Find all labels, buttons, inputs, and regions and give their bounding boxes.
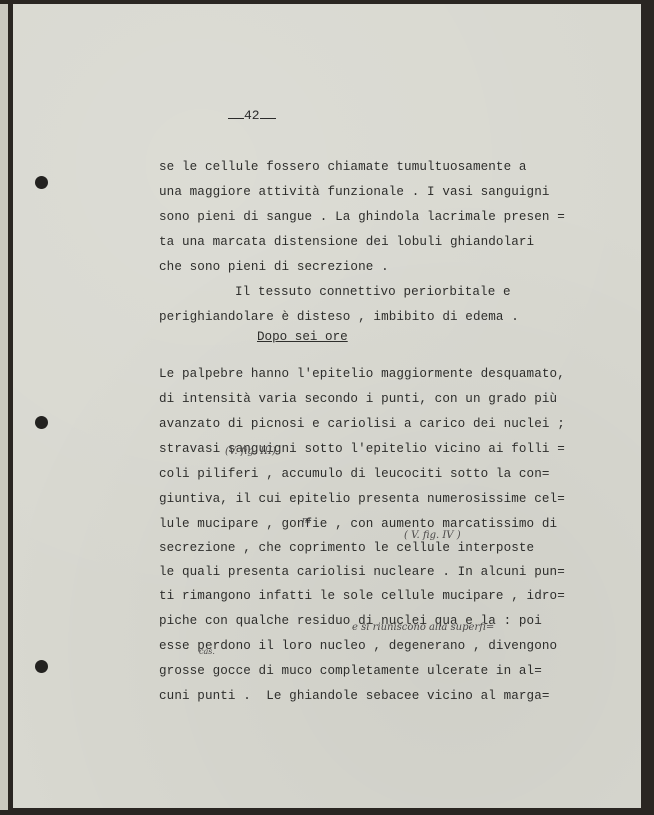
section-heading: Dopo sei ore (257, 330, 348, 344)
text-line: ta una marcata distensione dei lobuli gh… (159, 230, 639, 255)
text-line: sono pieni di sangue . La ghindola lacri… (159, 205, 639, 230)
text-line: le quali presenta cariolisi nucleare . I… (159, 561, 639, 585)
annotation-fig-4: ( V. fig. IV ) (404, 530, 461, 541)
text-line: se le cellule fossero chiamate tumultuos… (159, 155, 639, 180)
text-line: coli piliferi , accumulo di leucociti so… (159, 462, 639, 487)
text-line: giuntiva, il cui epitelio presenta numer… (159, 487, 639, 512)
text-line: Il tessuto connettivo periorbitale e (159, 280, 639, 305)
text-line: una maggiore attività funzionale . I vas… (159, 180, 639, 205)
text-line: avanzato di picnosi e cariolisi a carico… (159, 412, 639, 437)
punch-hole (35, 176, 48, 189)
text-line: grosse gocce di muco completamente ulcer… (159, 659, 639, 684)
paragraph-3: Le palpebre hanno l'epitelio maggiorment… (159, 362, 639, 709)
text-line: Le palpebre hanno l'epitelio maggiorment… (159, 362, 639, 387)
page-number: 42 (228, 108, 276, 123)
text-line: di intensità varia secondo i punti, con … (159, 387, 639, 412)
text-line: che sono pieni di secrezione . (159, 255, 639, 280)
text-line: perighiandolare è disteso , imbibito di … (159, 305, 639, 330)
punch-hole (35, 660, 48, 673)
paragraph-1: se le cellule fossero chiamate tumultuos… (159, 155, 639, 330)
annotation-cas: cas. (199, 647, 215, 656)
punch-hole (35, 416, 48, 429)
annotation-fig-3: (V. fig. III) (225, 446, 276, 457)
text-line: cuni punti . Le ghiandole sebacee vicino… (159, 684, 639, 709)
text-line: esse perdono il loro nucleo , degenerano… (159, 634, 639, 659)
text-line: lule mucipare , gonfie , con aumento mar… (159, 512, 639, 537)
previous-page-edge (0, 4, 8, 810)
text-line: ti rimangono infatti le sole cellule muc… (159, 584, 639, 609)
text-line: secrezione , che coprimento le cellule i… (159, 537, 639, 561)
annotation-insertion: e si riuniscono alla superfi= (352, 622, 494, 633)
annotation-m-insert: m (302, 516, 311, 526)
